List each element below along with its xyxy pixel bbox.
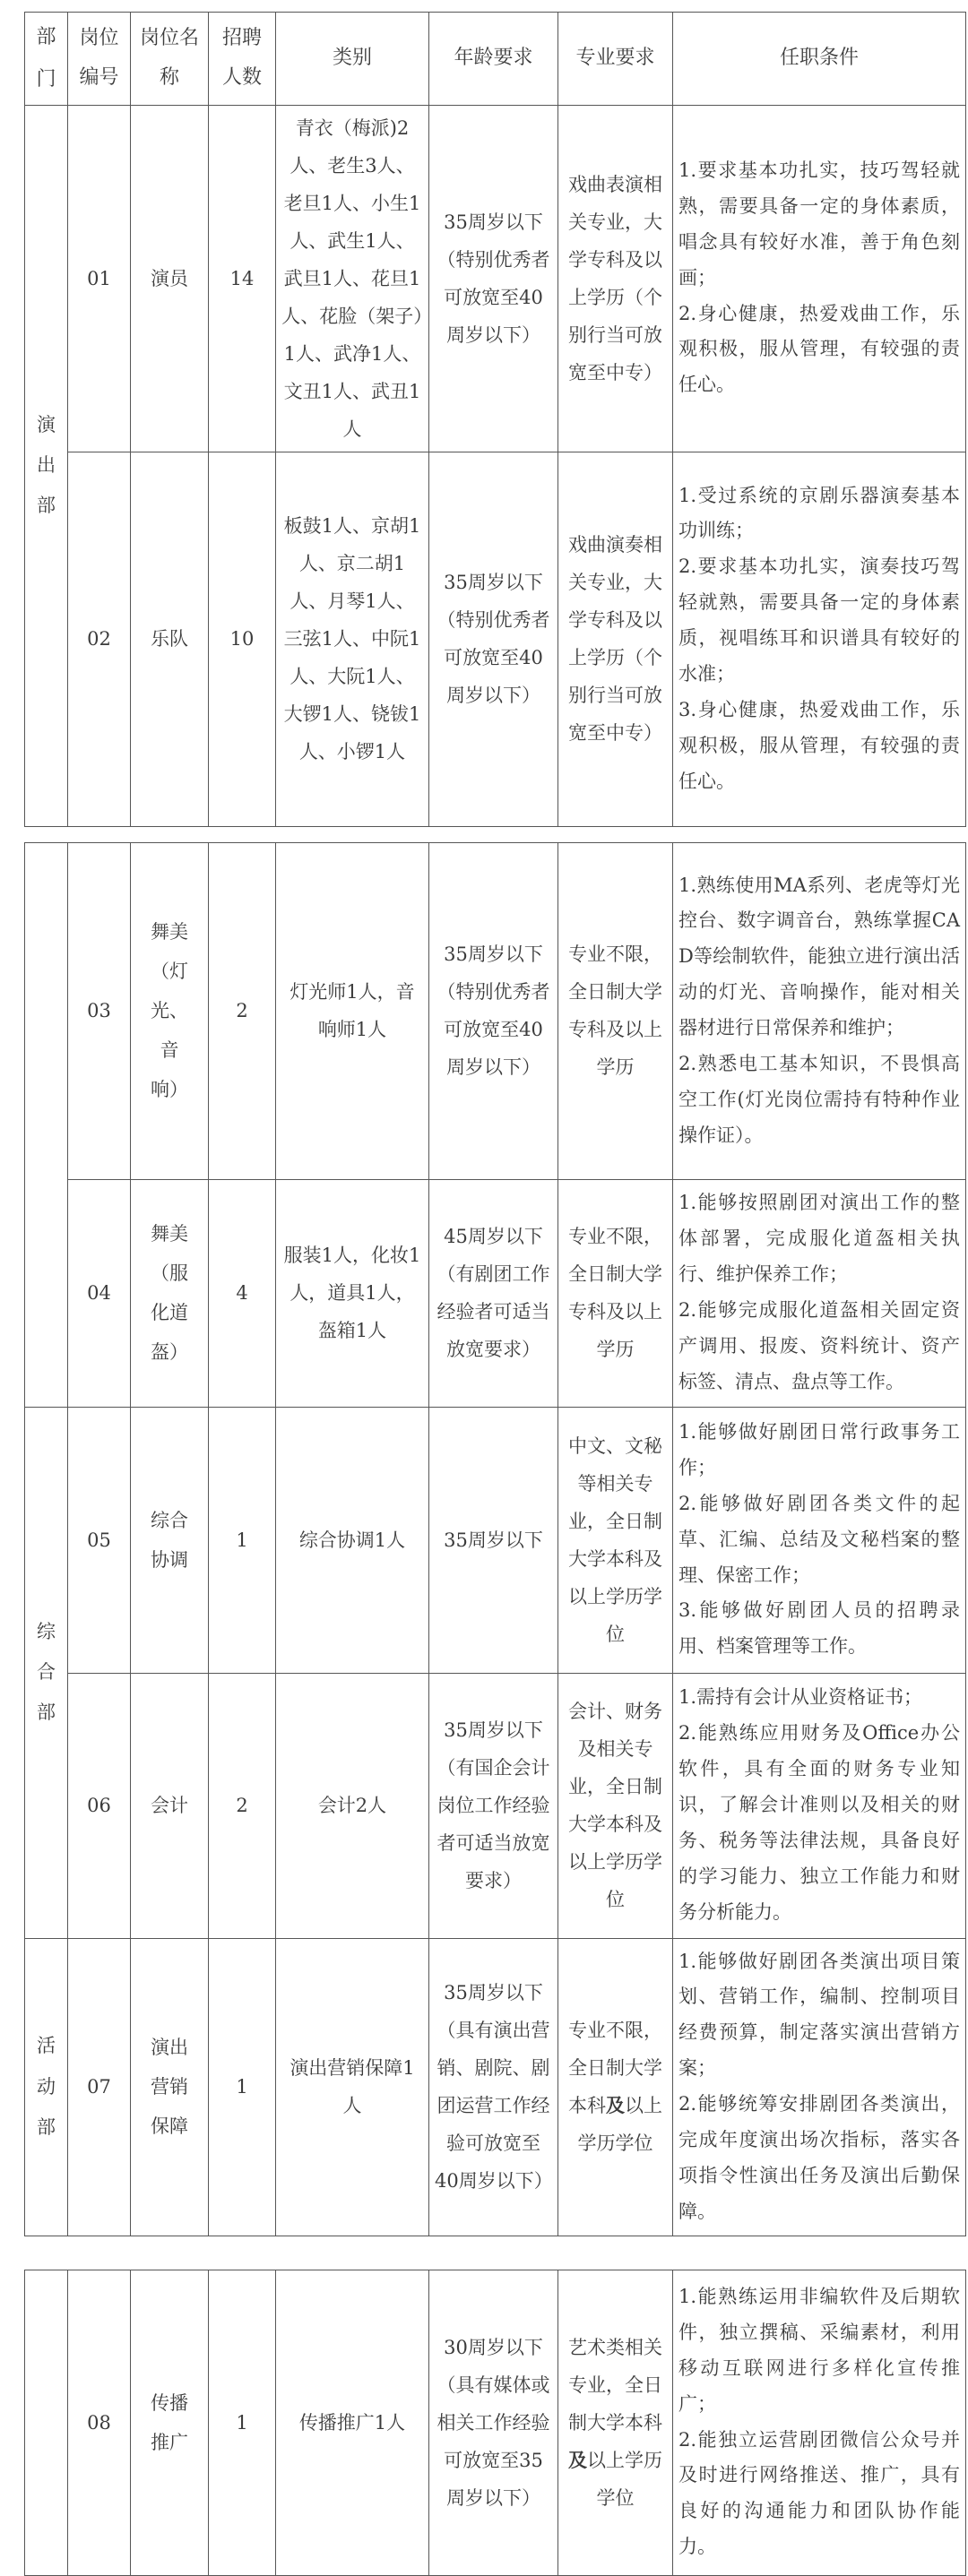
condition-item: 1.能够做好剧团日常行政事务工作； xyxy=(678,1415,960,1486)
condition-item: 1.熟练使用MA系列、老虎等灯光控台、数字调音台，熟练掌握CAD等绘制软件，能独… xyxy=(678,868,960,1047)
position-id-cell: 06 xyxy=(68,1673,131,1938)
recruit-count-cell: 1 xyxy=(209,1407,276,1673)
age-requirement-cell: 35周岁以下 xyxy=(429,1407,558,1673)
dept-label: 活动部 xyxy=(36,2026,56,2147)
category-cell: 服装1人，化妆1人，道具1人，盔箱1人 xyxy=(276,1179,429,1407)
recruitment-table-block-1: 部门 岗位编号 岗位名称 招聘人数 类别 年龄要求 专业要求 任职条件 演出部 … xyxy=(24,12,966,827)
major-requirement-cell: 会计、财务及相关专业，全日制大学本科及以上学历学位 xyxy=(558,1673,673,1938)
header-major-requirement: 专业要求 xyxy=(558,13,673,106)
table-row: 06 会计 2 会计2人 35周岁以下（有国企会计岗位工作经验者可适当放宽要求）… xyxy=(25,1673,966,1938)
age-requirement-cell: 35周岁以下（特别优秀者可放宽至40周岁以下） xyxy=(429,452,558,826)
header-dept-label: 部门 xyxy=(35,16,56,101)
position-name-cell: 演出营销保障 xyxy=(131,1938,209,2236)
conditions-cell: 1.受过系统的京剧乐器演奏基本功训练； 2.要求基本功扎实，演奏技巧驾轻就熟，需… xyxy=(673,452,966,826)
dept-label: 演出部 xyxy=(36,405,56,526)
position-id-cell: 04 xyxy=(68,1179,131,1407)
header-age-requirement: 年龄要求 xyxy=(429,13,558,106)
position-name-cell: 传播推广 xyxy=(131,2270,209,2575)
table-section-3: 08 传播推广 1 传播推广1人 30周岁以下（具有媒体或相关工作经验可放宽至3… xyxy=(0,2236,968,2576)
dept-cell-general-affairs: 综合部 xyxy=(25,1407,68,1938)
condition-item: 2.能够做好剧团各类文件的起草、汇编、总结及文秘档案的整理、保密工作； xyxy=(678,1486,960,1594)
recruitment-table-block-3: 08 传播推广 1 传播推广1人 30周岁以下（具有媒体或相关工作经验可放宽至3… xyxy=(24,2270,966,2576)
age-requirement-cell: 35周岁以下（具有演出营销、剧院、剧团运营工作经验可放宽至40周岁以下） xyxy=(429,1938,558,2236)
major-requirement-cell: 专业不限，全日制大学专科及以上学历 xyxy=(558,842,673,1179)
position-id-cell: 03 xyxy=(68,842,131,1179)
age-requirement-cell: 35周岁以下（特别优秀者可放宽至40周岁以下） xyxy=(429,842,558,1179)
condition-item: 2.能够完成服化道盔相关固定资产调用、报废、资料统计、资产标签、清点、盘点等工作… xyxy=(678,1293,960,1400)
recruit-count-cell: 10 xyxy=(209,452,276,826)
position-id-cell: 01 xyxy=(68,105,131,452)
recruit-count-cell: 14 xyxy=(209,105,276,452)
table-row: 活动部 07 演出营销保障 1 演出营销保障1人 35周岁以下（具有演出营销、剧… xyxy=(25,1938,966,2236)
table-row: 演出部 01 演员 14 青衣（梅派)2人、老生3人、老旦1人、小生1人、武生1… xyxy=(25,105,966,452)
condition-item: 2.熟悉电工基本知识，不畏惧高空工作(灯光岗位需持有特种作业操作证）。 xyxy=(678,1047,960,1154)
major-requirement-cell: 戏曲演奏相关专业，大学专科及以上学历（个别行当可放宽至中专） xyxy=(558,452,673,826)
table-row: 08 传播推广 1 传播推广1人 30周岁以下（具有媒体或相关工作经验可放宽至3… xyxy=(25,2270,966,2575)
table-row: 综合部 05 综合协调 1 综合协调1人 35周岁以下 中文、文秘等相关专业，全… xyxy=(25,1407,966,1673)
header-conditions: 任职条件 xyxy=(673,13,966,106)
table-section-2: 03 舞美（灯光、音响） 2 灯光师1人，音响师1人 35周岁以下（特别优秀者可… xyxy=(0,827,968,2236)
condition-item: 2.能熟练应用财务及Office办公软件，具有全面的财务专业知识，了解会计准则以… xyxy=(678,1716,960,1930)
table-row: 03 舞美（灯光、音响） 2 灯光师1人，音响师1人 35周岁以下（特别优秀者可… xyxy=(25,842,966,1179)
position-name-cell: 演员 xyxy=(131,105,209,452)
recruit-count-cell: 1 xyxy=(209,1938,276,2236)
category-cell: 会计2人 xyxy=(276,1673,429,1938)
header-position-id: 岗位编号 xyxy=(68,13,131,106)
age-requirement-cell: 30周岁以下（具有媒体或相关工作经验可放宽至35周岁以下） xyxy=(429,2270,558,2575)
table-row: 04 舞美（服化道盔） 4 服装1人，化妆1人，道具1人，盔箱1人 45周岁以下… xyxy=(25,1179,966,1407)
conditions-cell: 1.能熟练运用非编软件及后期软件，独立撰稿、采编素材，利用移动互联网进行多样化宣… xyxy=(673,2270,966,2575)
table-row: 02 乐队 10 板鼓1人、京胡1人、京二胡1人、月琴1人、三弦1人、中阮1人、… xyxy=(25,452,966,826)
conditions-cell: 1.要求基本功扎实，技巧驾轻就熟，需要具备一定的身体素质，唱念具有较好水准，善于… xyxy=(673,105,966,452)
header-position-name: 岗位名称 xyxy=(131,13,209,106)
dept-cell-empty xyxy=(25,2270,68,2575)
category-cell: 综合协调1人 xyxy=(276,1407,429,1673)
position-name-cell: 综合协调 xyxy=(131,1407,209,1673)
table-section-1: 部门 岗位编号 岗位名称 招聘人数 类别 年龄要求 专业要求 任职条件 演出部 … xyxy=(0,0,968,827)
dept-label: 综合部 xyxy=(36,1612,56,1733)
position-id-cell: 08 xyxy=(68,2270,131,2575)
major-requirement-cell: 戏曲表演相关专业，大学专科及以上学历（个别行当可放宽至中专） xyxy=(558,105,673,452)
category-cell: 传播推广1人 xyxy=(276,2270,429,2575)
condition-item: 2.要求基本功扎实，演奏技巧驾轻就熟，需要具备一定的身体素质，视唱练耳和识谱具有… xyxy=(678,549,960,693)
position-id-cell: 07 xyxy=(68,1938,131,2236)
condition-item: 3.身心健康，热爱戏曲工作，乐观积极，服从管理，有较强的责任心。 xyxy=(678,693,960,800)
condition-item: 1.需持有会计从业资格证书； xyxy=(678,1680,960,1716)
conditions-cell: 1.熟练使用MA系列、老虎等灯光控台、数字调音台，熟练掌握CAD等绘制软件，能独… xyxy=(673,842,966,1179)
condition-item: 1.受过系统的京剧乐器演奏基本功训练； xyxy=(678,478,960,550)
condition-item: 2.能够统筹安排剧团各类演出，完成年度演出场次指标，落实各项指令性演出任务及演出… xyxy=(678,2087,960,2230)
header-category: 类别 xyxy=(276,13,429,106)
conditions-cell: 1.能够做好剧团日常行政事务工作； 2.能够做好剧团各类文件的起草、汇编、总结及… xyxy=(673,1407,966,1673)
major-requirement-cell: 中文、文秘等相关专业，全日制大学本科及以上学历学位 xyxy=(558,1407,673,1673)
category-cell: 灯光师1人，音响师1人 xyxy=(276,842,429,1179)
position-name-cell: 乐队 xyxy=(131,452,209,826)
major-requirement-cell: 艺术类相关专业，全日制大学本科及以上学历学位 xyxy=(558,2270,673,2575)
position-id-cell: 05 xyxy=(68,1407,131,1673)
condition-item: 1.能够按照剧团对演出工作的整体部署，完成服化道盔相关执行、维护保养工作； xyxy=(678,1185,960,1293)
dept-cell-empty xyxy=(25,842,68,1407)
category-cell: 青衣（梅派)2人、老生3人、老旦1人、小生1人、武生1人、武旦1人、花旦1人、花… xyxy=(276,105,429,452)
category-cell: 板鼓1人、京胡1人、京二胡1人、月琴1人、三弦1人、中阮1人、大阮1人、大锣1人… xyxy=(276,452,429,826)
dept-cell-activities: 活动部 xyxy=(25,1938,68,2236)
age-requirement-cell: 35周岁以下（特别优秀者可放宽至40周岁以下） xyxy=(429,105,558,452)
major-requirement-cell: 专业不限，全日制大学本科及以上学历学位 xyxy=(558,1938,673,2236)
recruitment-table-block-2: 03 舞美（灯光、音响） 2 灯光师1人，音响师1人 35周岁以下（特别优秀者可… xyxy=(24,842,966,2236)
conditions-cell: 1.需持有会计从业资格证书； 2.能熟练应用财务及Office办公软件，具有全面… xyxy=(673,1673,966,1938)
major-requirement-cell: 专业不限，全日制大学专科及以上学历 xyxy=(558,1179,673,1407)
condition-item: 2.身心健康，热爱戏曲工作，乐观积极，服从管理，有较强的责任心。 xyxy=(678,297,960,404)
recruit-count-cell: 4 xyxy=(209,1179,276,1407)
recruit-count-cell: 2 xyxy=(209,842,276,1179)
condition-item: 1.要求基本功扎实，技巧驾轻就熟，需要具备一定的身体素质，唱念具有较好水准，善于… xyxy=(678,153,960,297)
condition-item: 2.能独立运营剧团微信公众号并及时进行网络推送、推广，具有良好的沟通能力和团队协… xyxy=(678,2423,960,2566)
age-requirement-cell: 35周岁以下（有国企会计岗位工作经验者可适当放宽要求） xyxy=(429,1673,558,1938)
dept-cell-performance: 演出部 xyxy=(25,105,68,826)
condition-item: 1.能够做好剧团各类演出项目策划、营销工作，编制、控制项目经费预算，制定落实演出… xyxy=(678,1944,960,2088)
conditions-cell: 1.能够按照剧团对演出工作的整体部署，完成服化道盔相关执行、维护保养工作； 2.… xyxy=(673,1179,966,1407)
recruit-count-cell: 2 xyxy=(209,1673,276,1938)
age-requirement-cell: 45周岁以下（有剧团工作经验者可适当放宽要求） xyxy=(429,1179,558,1407)
header-dept: 部门 xyxy=(25,13,68,106)
conditions-cell: 1.能够做好剧团各类演出项目策划、营销工作，编制、控制项目经费预算，制定落实演出… xyxy=(673,1938,966,2236)
position-name-cell: 舞美（服化道盔） xyxy=(131,1179,209,1407)
position-name-cell: 会计 xyxy=(131,1673,209,1938)
recruit-count-cell: 1 xyxy=(209,2270,276,2575)
category-cell: 演出营销保障1人 xyxy=(276,1938,429,2236)
header-row: 部门 岗位编号 岗位名称 招聘人数 类别 年龄要求 专业要求 任职条件 xyxy=(25,13,966,106)
header-recruit-count: 招聘人数 xyxy=(209,13,276,106)
position-name-cell: 舞美（灯光、音响） xyxy=(131,842,209,1179)
condition-item: 1.能熟练运用非编软件及后期软件，独立撰稿、采编素材，利用移动互联网进行多样化宣… xyxy=(678,2279,960,2423)
position-id-cell: 02 xyxy=(68,452,131,826)
condition-item: 3.能够做好剧团人员的招聘录用、档案管理等工作。 xyxy=(678,1593,960,1665)
page: { "table": { "headers": { "dept": "部门", … xyxy=(0,0,968,2576)
